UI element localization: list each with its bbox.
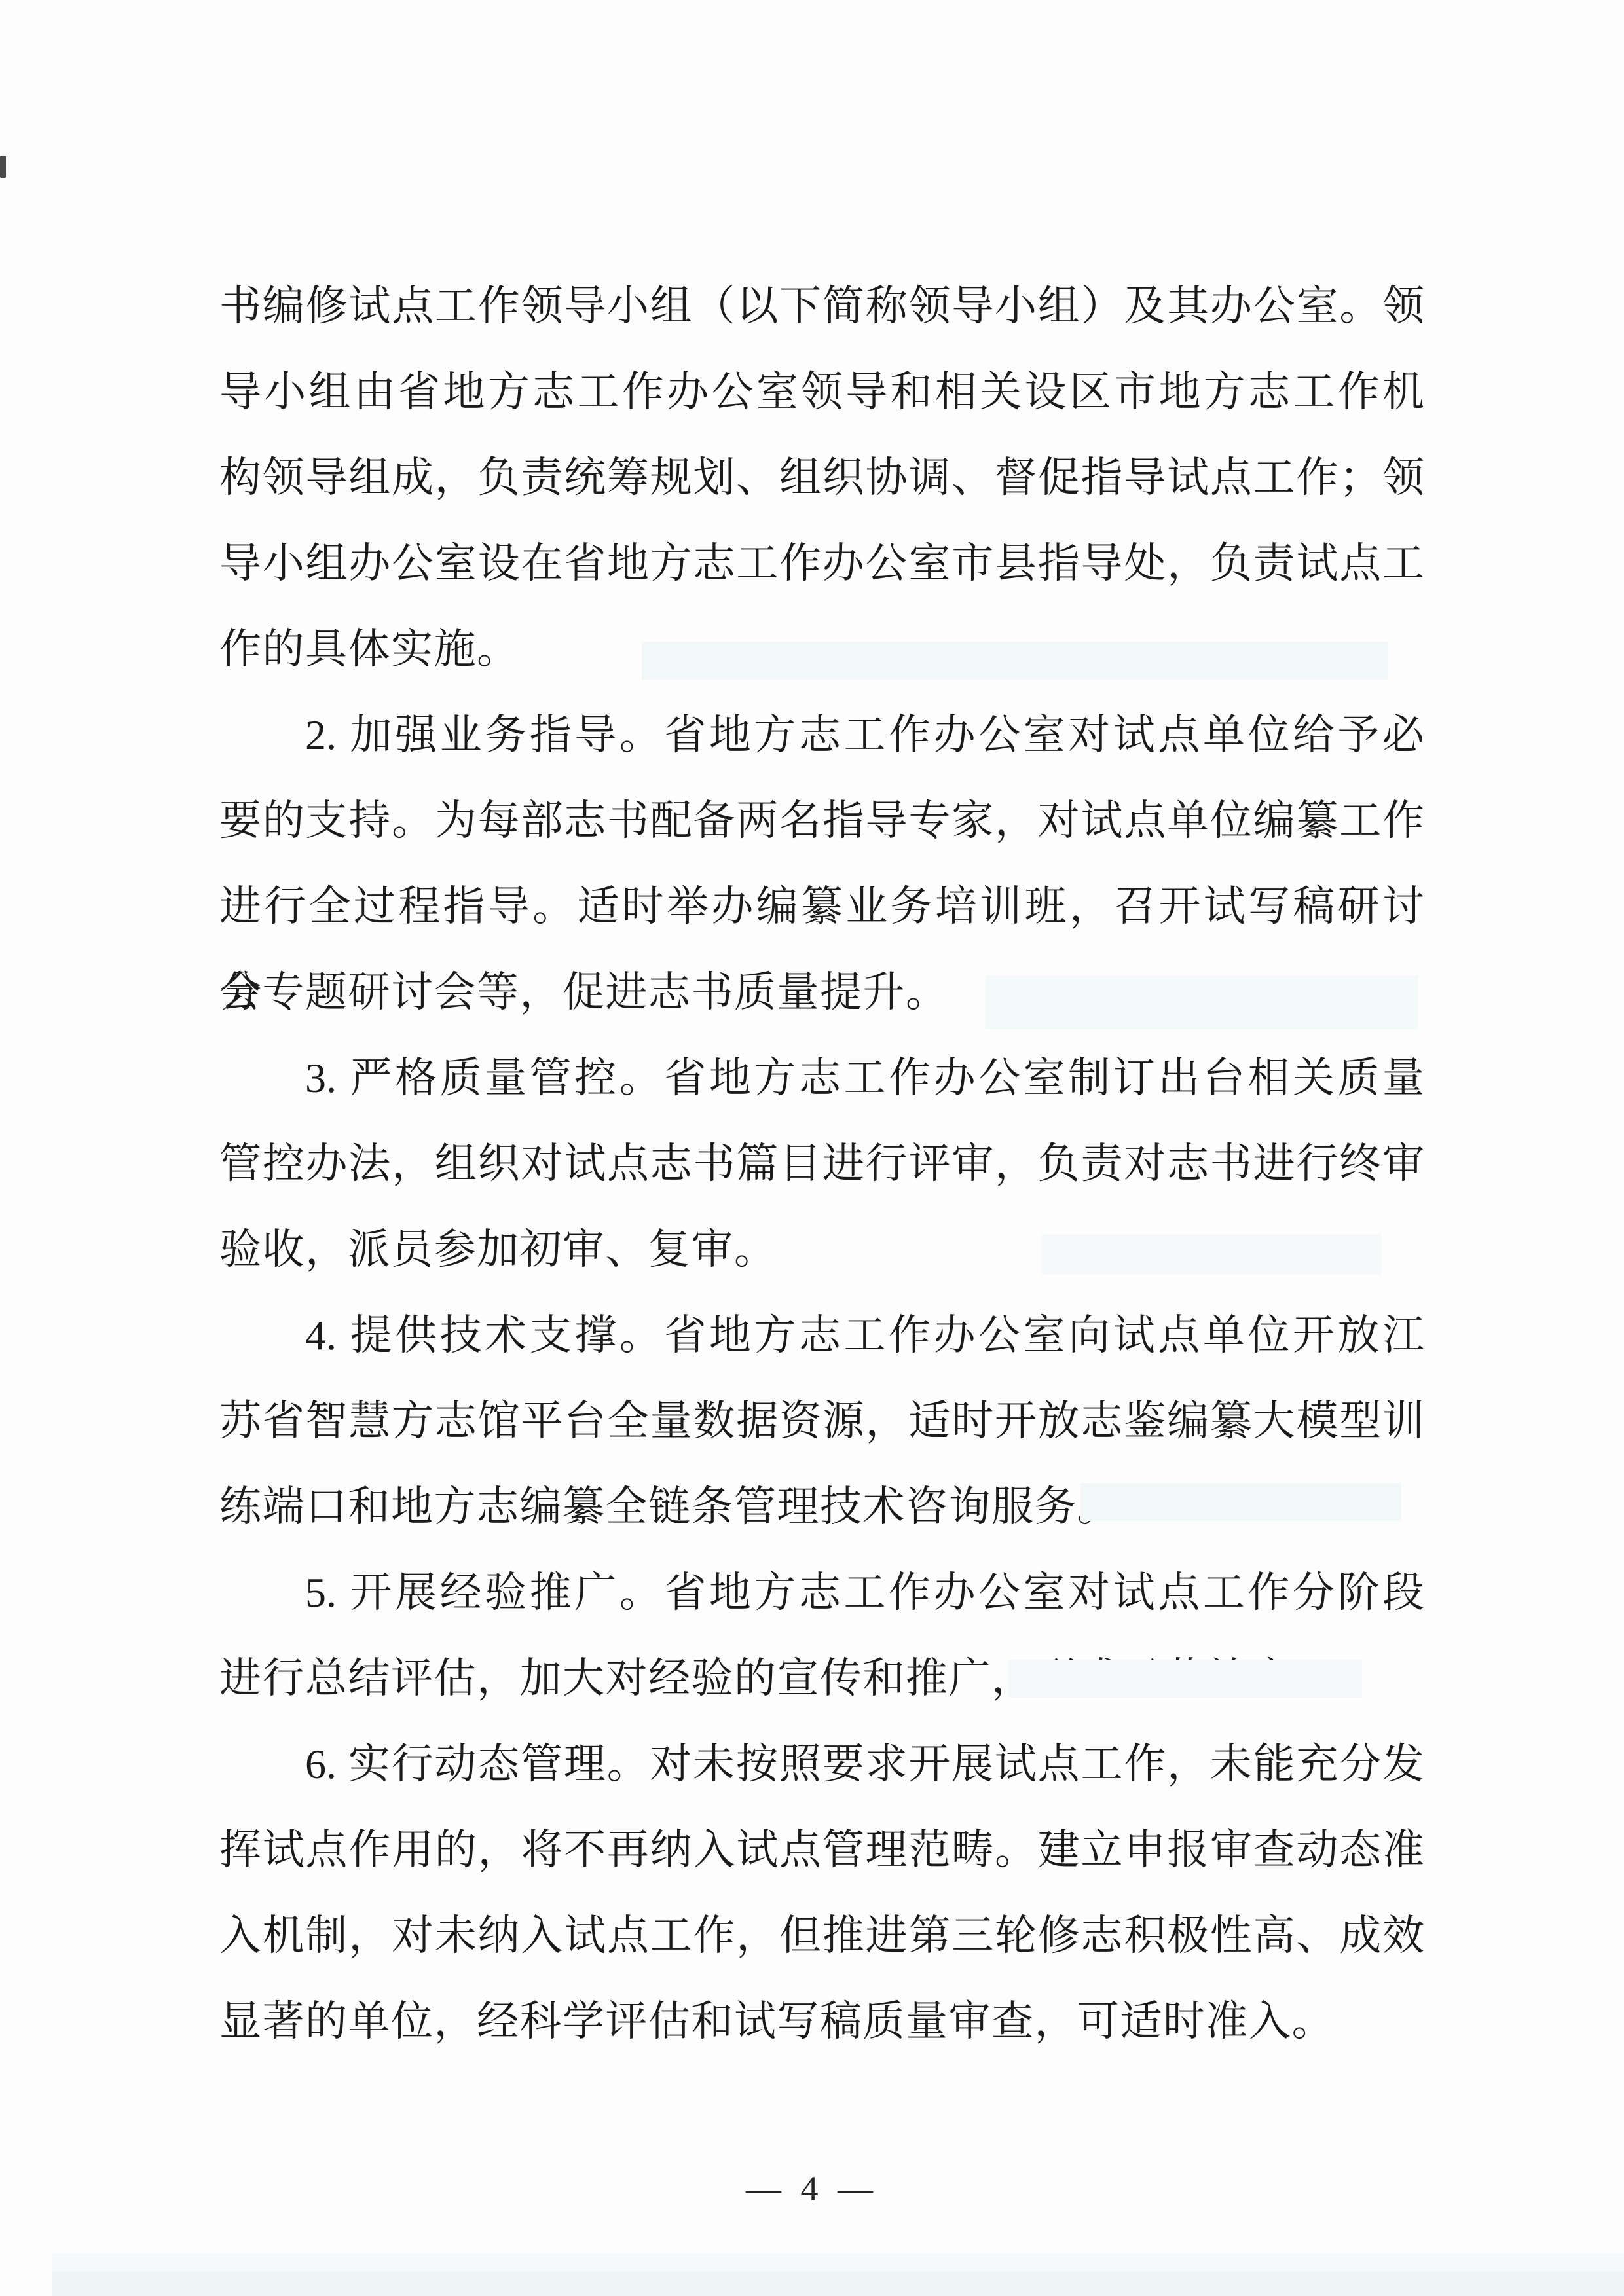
- text-line: 书编修试点工作领导小组（以下简称领导小组）及其办公室。领: [219, 263, 1424, 349]
- text-line: 进行全过程指导。适时举办编纂业务培训班，召开试写稿研讨会、: [219, 864, 1424, 949]
- text-line: 2. 加强业务指导。省地方志工作办公室对试点单位给予必: [219, 692, 1424, 778]
- text-line: 构领导组成，负责统筹规划、组织协调、督促指导试点工作；领: [219, 435, 1424, 520]
- scan-artifact: [642, 642, 1388, 680]
- scan-artifact: [1008, 1660, 1362, 1698]
- text-line: 管控办法，组织对试点志书篇目进行评审，负责对志书进行终审: [219, 1121, 1424, 1207]
- scan-artifact: [986, 975, 1418, 1029]
- text-line: 3. 严格质量管控。省地方志工作办公室制订出台相关质量: [219, 1035, 1424, 1121]
- text-line: 苏省智慧方志馆平台全量数据资源，适时开放志鉴编纂大模型训: [219, 1378, 1424, 1464]
- scan-artifact: [1041, 1234, 1382, 1275]
- text-line: 导小组办公室设在省地方志工作办公室市县指导处，负责试点工: [219, 520, 1424, 606]
- page-footer: — 4 —: [0, 2166, 1624, 2212]
- page-number: — 4 —: [746, 2169, 878, 2208]
- text-line: 5. 开展经验推广。省地方志工作办公室对试点工作分阶段: [219, 1550, 1424, 1635]
- document-body: 书编修试点工作领导小组（以下简称领导小组）及其办公室。领 导小组由省地方志工作办…: [219, 263, 1424, 2064]
- text-line: 入机制，对未纳入试点工作，但推进第三轮修志积极性高、成效: [219, 1893, 1424, 1978]
- scan-edge-mark: [0, 156, 6, 178]
- text-line: 要的支持。为每部志书配备两名指导专家，对试点单位编纂工作: [219, 778, 1424, 864]
- text-line: 6. 实行动态管理。对未按照要求开展试点工作，未能充分发: [219, 1721, 1424, 1807]
- scan-artifact: [1080, 1483, 1401, 1521]
- text-line: 4. 提供技术支撑。省地方志工作办公室向试点单位开放江: [219, 1292, 1424, 1378]
- text-line: 挥试点作用的，将不再纳入试点管理范畴。建立申报审查动态准: [219, 1807, 1424, 1893]
- text-line: 显著的单位，经科学评估和试写稿质量审查，可适时准入。: [219, 1978, 1424, 2064]
- document-page: 书编修试点工作领导小组（以下简称领导小组）及其办公室。领 导小组由省地方志工作办…: [0, 0, 1624, 2296]
- scan-artifact: [52, 2272, 1624, 2296]
- text-line: 导小组由省地方志工作办公室领导和相关设区市地方志工作机: [219, 349, 1424, 435]
